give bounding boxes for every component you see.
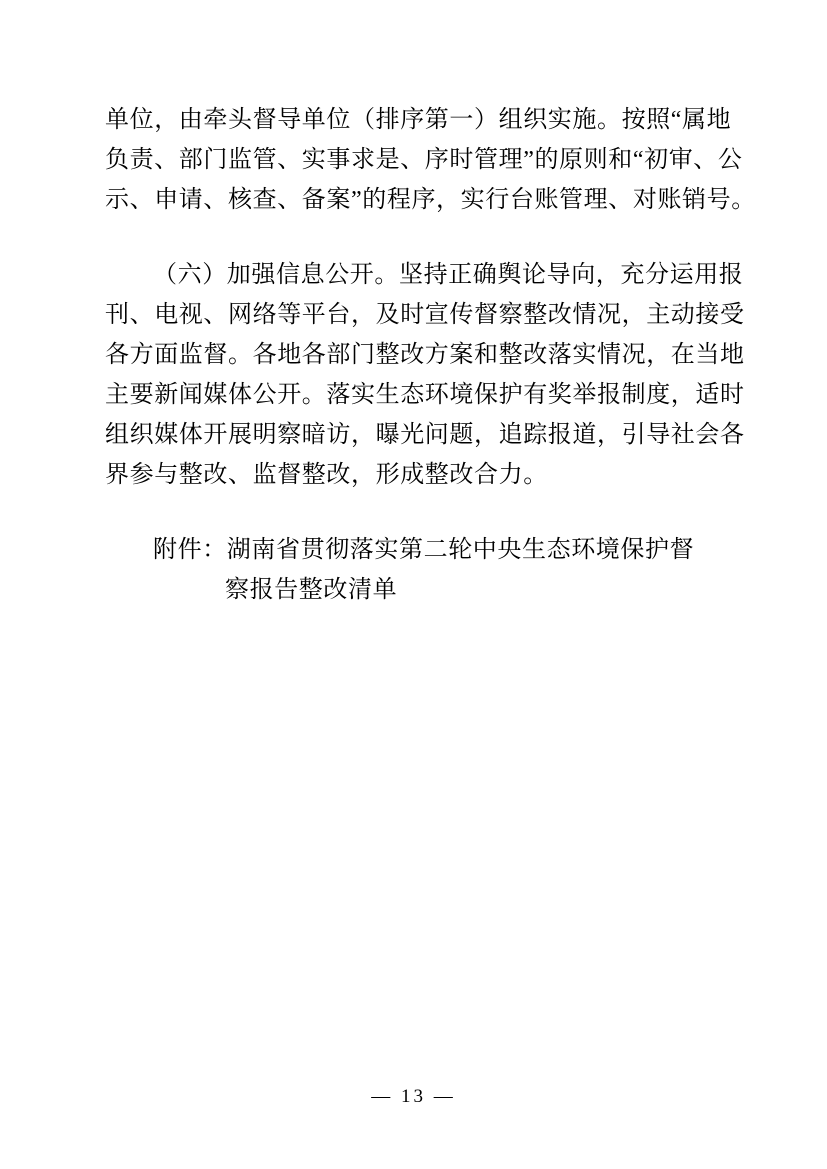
document-page: 单位，由牵头督导单位（排序第一）组织实施。按照“属地 负责、部门监管、实事求是、… xyxy=(0,0,827,1169)
text-line: 示、申请、核查、备案”的程序，实行台账管理、对账销号。 xyxy=(105,180,720,220)
attachment-line: 察报告整改清单 xyxy=(225,570,720,610)
paragraph-six: （六）加强信息公开。坚持正确舆论导向，充分运用报 刊、电视、网络等平台，及时宣传… xyxy=(105,255,720,495)
page-number: — 13 — xyxy=(0,1085,827,1109)
text-line: 负责、部门监管、实事求是、序时管理”的原则和“初审、公 xyxy=(105,140,720,180)
text-line: 界参与整改、监督整改，形成整改合力。 xyxy=(105,455,720,495)
text-line: 组织媒体开展明察暗访，曝光问题，追踪报道，引导社会各 xyxy=(105,415,720,455)
text-line: （六）加强信息公开。坚持正确舆论导向，充分运用报 xyxy=(105,255,720,295)
text-line: 单位，由牵头督导单位（排序第一）组织实施。按照“属地 xyxy=(105,100,720,140)
text-line: 刊、电视、网络等平台，及时宣传督察整改情况，主动接受 xyxy=(105,295,720,335)
text-line: 主要新闻媒体公开。落实生态环境保护有奖举报制度，适时 xyxy=(105,375,720,415)
attachment-note: 附件：湖南省贯彻落实第二轮中央生态环境保护督 察报告整改清单 xyxy=(105,530,720,610)
text-line: 各方面监督。各地各部门整改方案和整改落实情况，在当地 xyxy=(105,335,720,375)
attachment-line: 附件：湖南省贯彻落实第二轮中央生态环境保护督 xyxy=(153,530,720,570)
paragraph-continuation: 单位，由牵头督导单位（排序第一）组织实施。按照“属地 负责、部门监管、实事求是、… xyxy=(105,100,720,220)
document-body: 单位，由牵头督导单位（排序第一）组织实施。按照“属地 负责、部门监管、实事求是、… xyxy=(0,0,827,610)
